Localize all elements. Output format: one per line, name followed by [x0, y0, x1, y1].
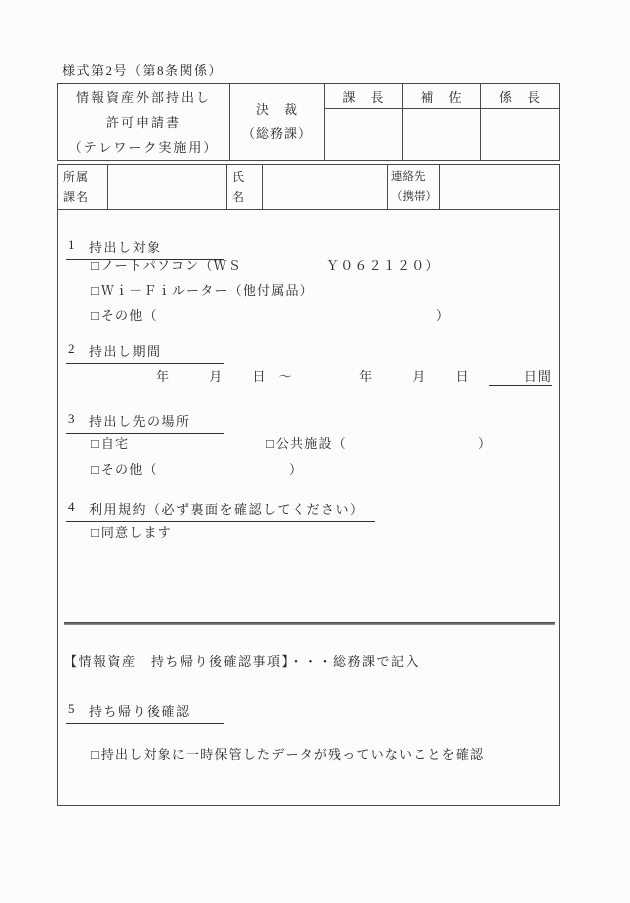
form-title-line1: 情報資産外部持出し [76, 85, 211, 110]
section-2-heading: 2 持出し期間 [66, 341, 224, 364]
date-period-row[interactable]: 年 月 日 ～ 年 月 日 日間 [156, 366, 552, 384]
checkbox-icon[interactable]: □ [91, 258, 99, 273]
end-month-label: 月 [412, 366, 425, 385]
approval-dept-label: （総務課） [242, 122, 312, 146]
other-location-close-paren: ） [289, 459, 302, 478]
approval-label: 決 裁 [256, 98, 298, 122]
form-document-page: 様式第2号（第8条関係） 情報資産外部持出し 許可申請書 （テレワーク実施用） … [0, 0, 630, 903]
checkbox-icon[interactable]: □ [91, 308, 99, 323]
section-5-heading: 5 持ち帰り後確認 [66, 701, 224, 724]
name-label: 氏 名 [227, 165, 263, 209]
start-year-label: 年 [156, 366, 169, 385]
checkbox-row-other-asset[interactable]: □その他（ ） [91, 305, 451, 323]
checkbox-label-wifi-router: Ｗｉ－Ｆｉルーター（他付属品） [101, 283, 314, 298]
form-title-line3: （テレワーク実施用） [69, 135, 219, 160]
header-table-top: 情報資産外部持出し 許可申請書 （テレワーク実施用） 決 裁 （総務課） 課 長… [57, 83, 560, 161]
section-2-title: 持出し期間 [89, 341, 162, 360]
section-4-heading: 4 利用規約（必ず裏面を確認してください） [66, 499, 375, 522]
end-day-label: 日 [456, 366, 469, 385]
contact-label: 連絡先 （携帯） [388, 165, 440, 209]
asset-serial-text: Ｙ０６２１２０） [326, 255, 440, 274]
section-5-title: 持ち帰り後確認 [89, 701, 191, 720]
tilde-separator: ～ [279, 366, 292, 385]
checkbox-label-public-facility: 公共施設（ [276, 436, 347, 451]
section-divider-rule [64, 622, 555, 625]
checkbox-row-public-facility[interactable]: □公共施設（ [266, 433, 347, 452]
section-1-title: 持出し対象 [89, 237, 162, 256]
checkbox-icon[interactable]: □ [266, 436, 274, 451]
checkbox-label-other-asset: その他（ [101, 308, 158, 323]
form-title: 情報資産外部持出し 許可申請書 （テレワーク実施用） [58, 84, 230, 160]
checkbox-row-other-location[interactable]: □その他（ ） [91, 459, 311, 477]
section-3-title: 持出し先の場所 [89, 411, 191, 430]
approval-column-kakaricho: 係 長 [481, 84, 559, 109]
department-input-cell[interactable] [108, 165, 227, 209]
days-count-blank[interactable]: 日間 [489, 366, 552, 386]
checkbox-icon[interactable]: □ [91, 462, 99, 477]
checkbox-icon[interactable]: □ [91, 283, 99, 298]
main-form-box: 1 持出し対象 □ノートパソコン（ＷＳ Ｙ０６２１２０） □Ｗｉ－Ｆｉルーター（… [57, 209, 560, 806]
other-asset-close-paren: ） [436, 305, 449, 324]
checkbox-label-other-location: その他（ [101, 462, 158, 477]
section-4-number: 4 [68, 499, 76, 518]
approval-column-hosa: 補 佐 [403, 84, 481, 109]
checkbox-icon[interactable]: □ [91, 436, 99, 451]
checkbox-row-data-confirm[interactable]: □持出し対象に一時保管したデータが残っていないことを確認 [91, 744, 484, 762]
checkbox-icon[interactable]: □ [91, 747, 99, 762]
section-3-heading: 3 持出し先の場所 [66, 411, 224, 434]
header-table-bottom: 所属 課名 氏 名 連絡先 （携帯） [57, 164, 560, 210]
name-input-cell[interactable] [263, 165, 388, 209]
return-check-note: 【情報資産 持ち帰り後確認事項】・・・総務課で記入 [64, 651, 420, 670]
checkbox-row-notebook-pc[interactable]: □ノートパソコン（ＷＳ Ｙ０６２１２０） [91, 255, 511, 273]
public-facility-close-paren: ） [478, 433, 491, 452]
start-month-label: 月 [209, 366, 222, 385]
approval-section-label: 決 裁 （総務課） [230, 84, 325, 160]
checkbox-icon[interactable]: □ [91, 525, 99, 540]
section-1-number: 1 [68, 237, 76, 256]
approval-stamp-cell-kakaricho[interactable] [481, 109, 559, 160]
location-row-1: □自宅 □公共施設（ ） [91, 433, 531, 451]
contact-input-cell[interactable] [440, 165, 559, 209]
checkbox-label-agree: 同意します [101, 525, 172, 540]
checkbox-label-home: 自宅 [101, 436, 129, 451]
checkbox-label-data-confirm: 持出し対象に一時保管したデータが残っていないことを確認 [101, 747, 484, 762]
start-day-label: 日 [253, 366, 266, 385]
form-number-label: 様式第2号（第8条関係） [62, 60, 223, 79]
section-4-title: 利用規約（必ず裏面を確認してください） [89, 499, 365, 518]
form-title-line2: 許可申請書 [106, 110, 181, 135]
checkbox-row-agree[interactable]: □同意します [91, 522, 172, 540]
checkbox-label-notebook-pc: ノートパソコン（ＷＳ [101, 258, 242, 273]
approval-stamp-cell-kacho[interactable] [325, 109, 403, 160]
checkbox-row-home[interactable]: □自宅 [91, 433, 129, 452]
section-3-number: 3 [68, 411, 76, 430]
department-label: 所属 課名 [58, 165, 108, 209]
header-table: 情報資産外部持出し 許可申請書 （テレワーク実施用） 決 裁 （総務課） 課 長… [57, 83, 560, 210]
section-5-number: 5 [68, 701, 76, 720]
approval-stamp-cell-hosa[interactable] [403, 109, 481, 160]
section-2-number: 2 [68, 341, 76, 360]
end-year-label: 年 [359, 366, 372, 385]
checkbox-row-wifi-router[interactable]: □Ｗｉ－Ｆｉルーター（他付属品） [91, 280, 314, 298]
approval-column-kacho: 課 長 [325, 84, 403, 109]
